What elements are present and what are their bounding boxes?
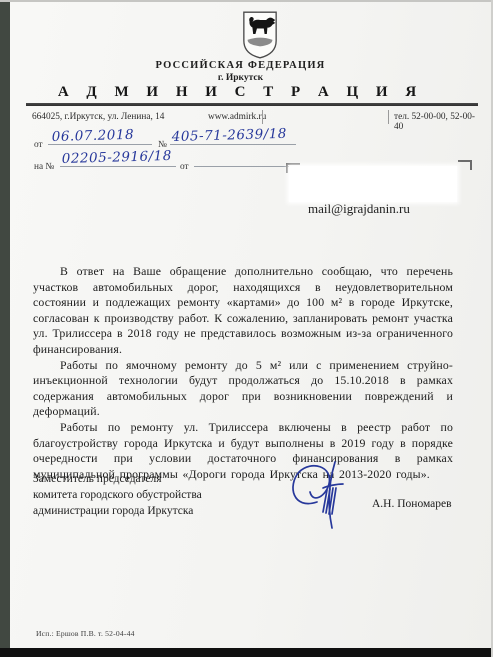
reply-number-field: 02205-2916/18 — [60, 150, 176, 167]
letterhead-rule — [26, 103, 478, 106]
reply-date-blank-field — [194, 150, 290, 167]
ref-date-handwritten: 06.07.2018 — [52, 127, 135, 145]
recipient-email: mail@igrajdanin.ru — [308, 201, 410, 217]
ref-date-field: 06.07.2018 — [48, 128, 152, 145]
ref-from-label: от — [34, 140, 43, 150]
scan-edge-top — [0, 0, 493, 2]
contacts-divider-right — [388, 110, 389, 124]
signatory-title-line: администрации города Иркутска — [33, 503, 202, 519]
ref-number-field: 405-71-2639/18 — [170, 128, 296, 145]
address-text: 664025, г.Иркутск, ул. Ленина, 14 — [32, 112, 164, 122]
ref-number-handwritten: 405-71-2639/18 — [172, 126, 288, 145]
scanned-letter: РОССИЙСКАЯ ФЕДЕРАЦИЯ г. Иркутск А Д М И … — [0, 0, 493, 657]
reply-number-handwritten: 02205-2916/18 — [62, 148, 172, 167]
contacts-row: 664025, г.Иркутск, ул. Ленина, 14 www.ad… — [0, 110, 481, 126]
body-paragraph: В ответ на Ваше обращение дополнительно … — [33, 264, 453, 358]
body-paragraph: Работы по ямочному ремонту до 5 м² или с… — [33, 358, 453, 420]
signatory-name: А.Н. Пономарев — [372, 498, 472, 510]
executor-note: Исп.: Ершов П.В. т. 52-04-44 — [36, 629, 135, 638]
signatory-title-line: Заместитель председателя — [33, 471, 202, 487]
signatory-title: Заместитель председателя комитета городс… — [33, 471, 202, 519]
contacts-divider-left — [262, 110, 263, 124]
country-name: РОССИЙСКАЯ ФЕДЕРАЦИЯ — [0, 60, 481, 71]
phone-text: тел. 52-00-00, 52-00-40 — [394, 112, 481, 132]
reply-from-label: от — [180, 162, 189, 172]
administration-title: А Д М И Н И С Т Р А Ц И Я — [0, 84, 481, 101]
reply-ref-label: на № — [34, 162, 54, 172]
recipient-corner-right — [458, 160, 472, 170]
irkutsk-coat-of-arms-icon — [241, 10, 279, 60]
pen-signature-icon — [283, 458, 361, 538]
city-name: г. Иркутск — [0, 73, 481, 83]
letter-body: В ответ на Ваше обращение дополнительно … — [33, 264, 453, 482]
signatory-title-line: комитета городского обустройства — [33, 487, 202, 503]
redacted-recipient-block — [289, 166, 457, 202]
scan-edge-bottom — [0, 648, 493, 657]
website-text: www.admirk.ru — [208, 112, 266, 122]
